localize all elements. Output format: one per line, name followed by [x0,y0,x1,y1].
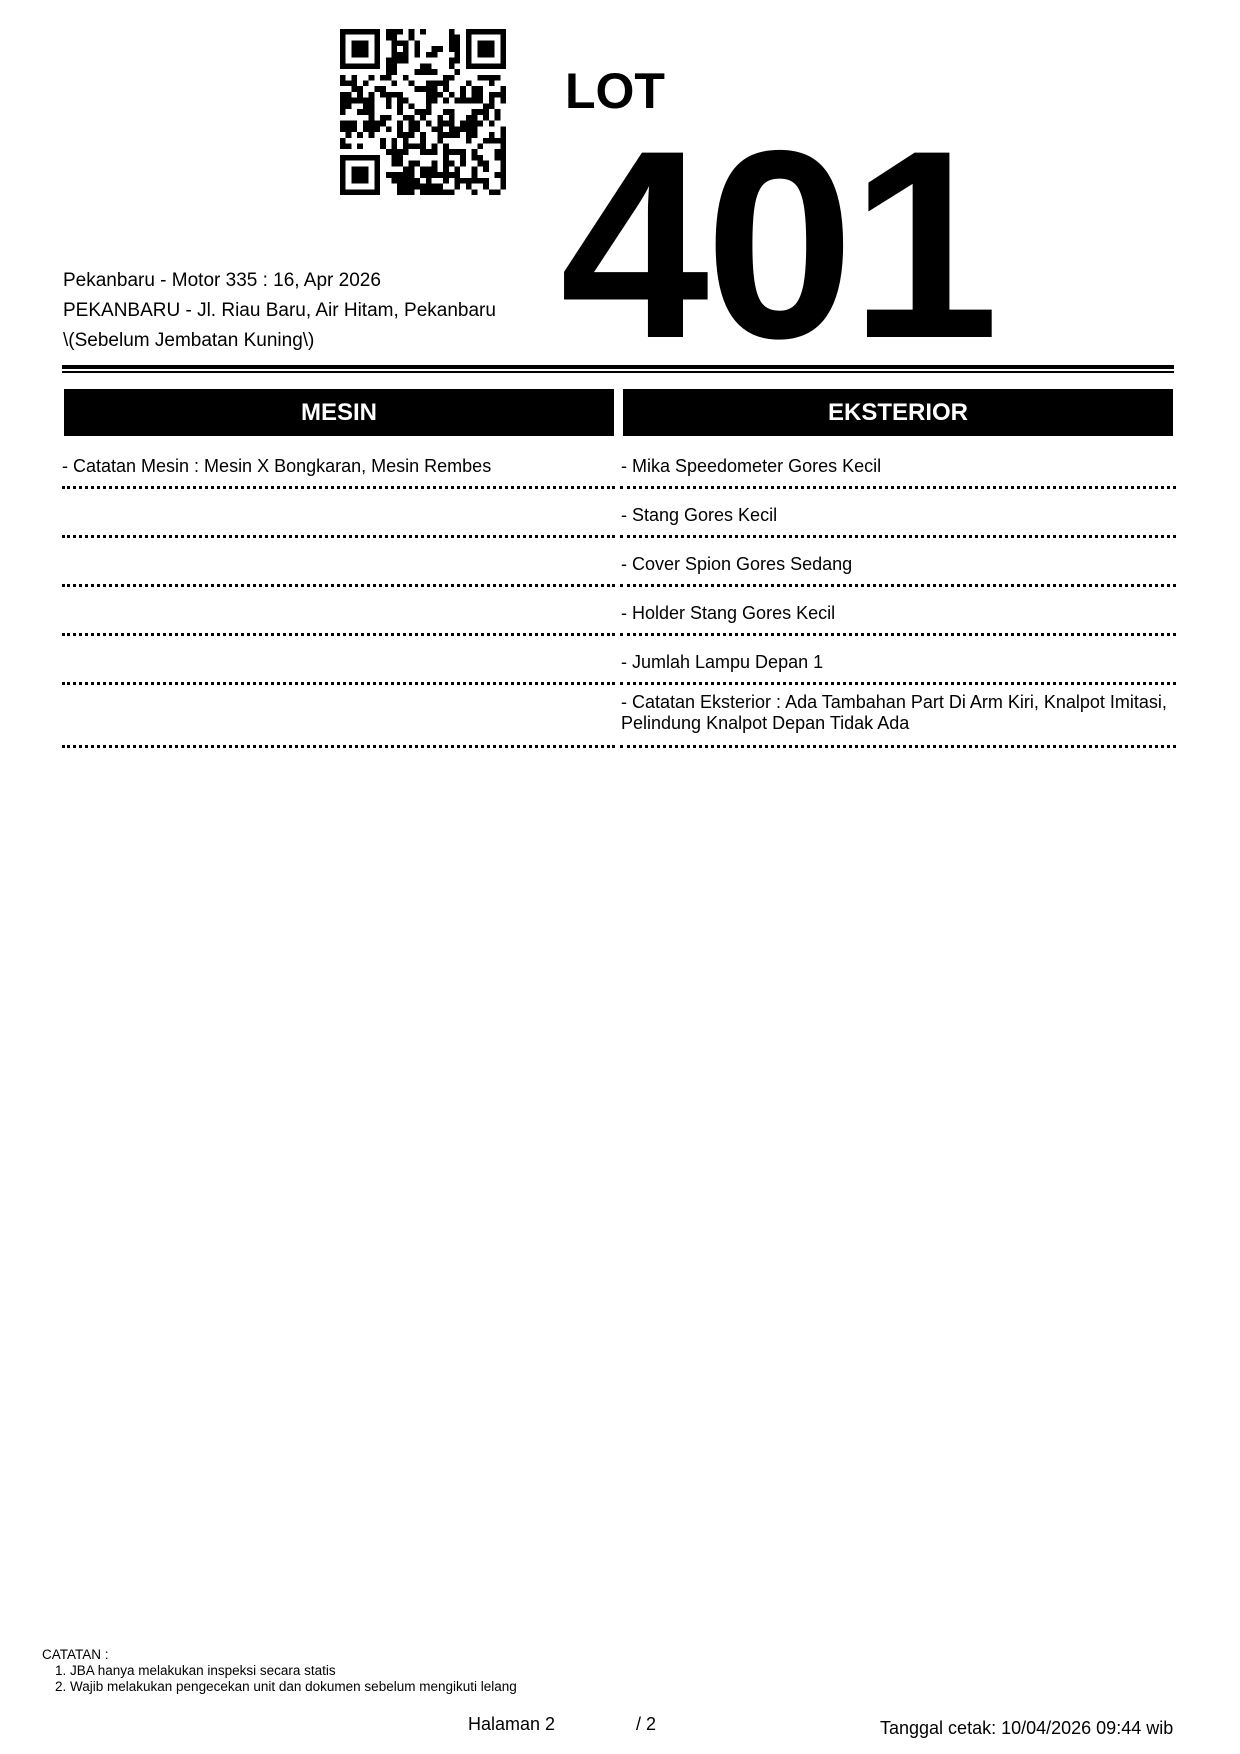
list-item: - Cover Spion Gores Sedang [620,538,1176,587]
item-text: - Stang Gores Kecil [620,505,1176,526]
list-item: - Stang Gores Kecil [620,489,1176,538]
auction-info: Pekanbaru - Motor 335 : 16, Apr 2026 PEK… [63,266,496,356]
qr-code-icon [340,29,506,195]
location-line-2: \(Sebelum Jembatan Kuning\) [63,326,496,356]
page-total: / 2 [636,1714,656,1735]
notes: CATATAN : JBA hanya melakukan inspeksi s… [42,1647,517,1695]
note-item: JBA hanya melakukan inspeksi secara stat… [70,1663,517,1679]
item-text: - Cover Spion Gores Sedang [620,554,1176,575]
list-item: - Mika Speedometer Gores Kecil [620,440,1176,489]
list-item [62,685,615,748]
item-text: - Catatan Eksterior : Ada Tambahan Part … [620,692,1176,734]
header-divider [62,365,1174,369]
item-text: - Holder Stang Gores Kecil [620,603,1176,624]
notes-title: CATATAN : [42,1647,517,1663]
print-date: Tanggal cetak: 10/04/2026 09:44 wib [880,1718,1173,1739]
list-item: - Holder Stang Gores Kecil [620,587,1176,636]
list-item [62,538,615,587]
note-item: Wajib melakukan pengecekan unit dan doku… [70,1679,517,1695]
list-item: - Catatan Mesin : Mesin X Bongkaran, Mes… [62,440,615,489]
mesin-list: - Catatan Mesin : Mesin X Bongkaran, Mes… [62,440,615,748]
section-header-mesin: MESIN [64,389,614,436]
list-item [62,489,615,538]
list-item: - Jumlah Lampu Depan 1 [620,636,1176,685]
item-text: - Jumlah Lampu Depan 1 [620,652,1176,673]
header-divider-thin [62,371,1174,373]
eksterior-list: - Mika Speedometer Gores Kecil - Stang G… [620,440,1176,748]
item-text: - Catatan Mesin : Mesin X Bongkaran, Mes… [62,456,491,476]
item-text: - Mika Speedometer Gores Kecil [620,456,1176,477]
section-header-eksterior: EKSTERIOR [623,389,1173,436]
list-item [62,636,615,685]
page-label: Halaman 2 [468,1714,555,1735]
notes-list: JBA hanya melakukan inspeksi secara stat… [42,1663,517,1695]
list-item: - Catatan Eksterior : Ada Tambahan Part … [620,685,1176,748]
location-line-1: PEKANBARU - Jl. Riau Baru, Air Hitam, Pe… [63,296,496,326]
event-info: Pekanbaru - Motor 335 : 16, Apr 2026 [63,266,496,296]
lot-number: 401 [560,110,995,378]
list-item [62,587,615,636]
